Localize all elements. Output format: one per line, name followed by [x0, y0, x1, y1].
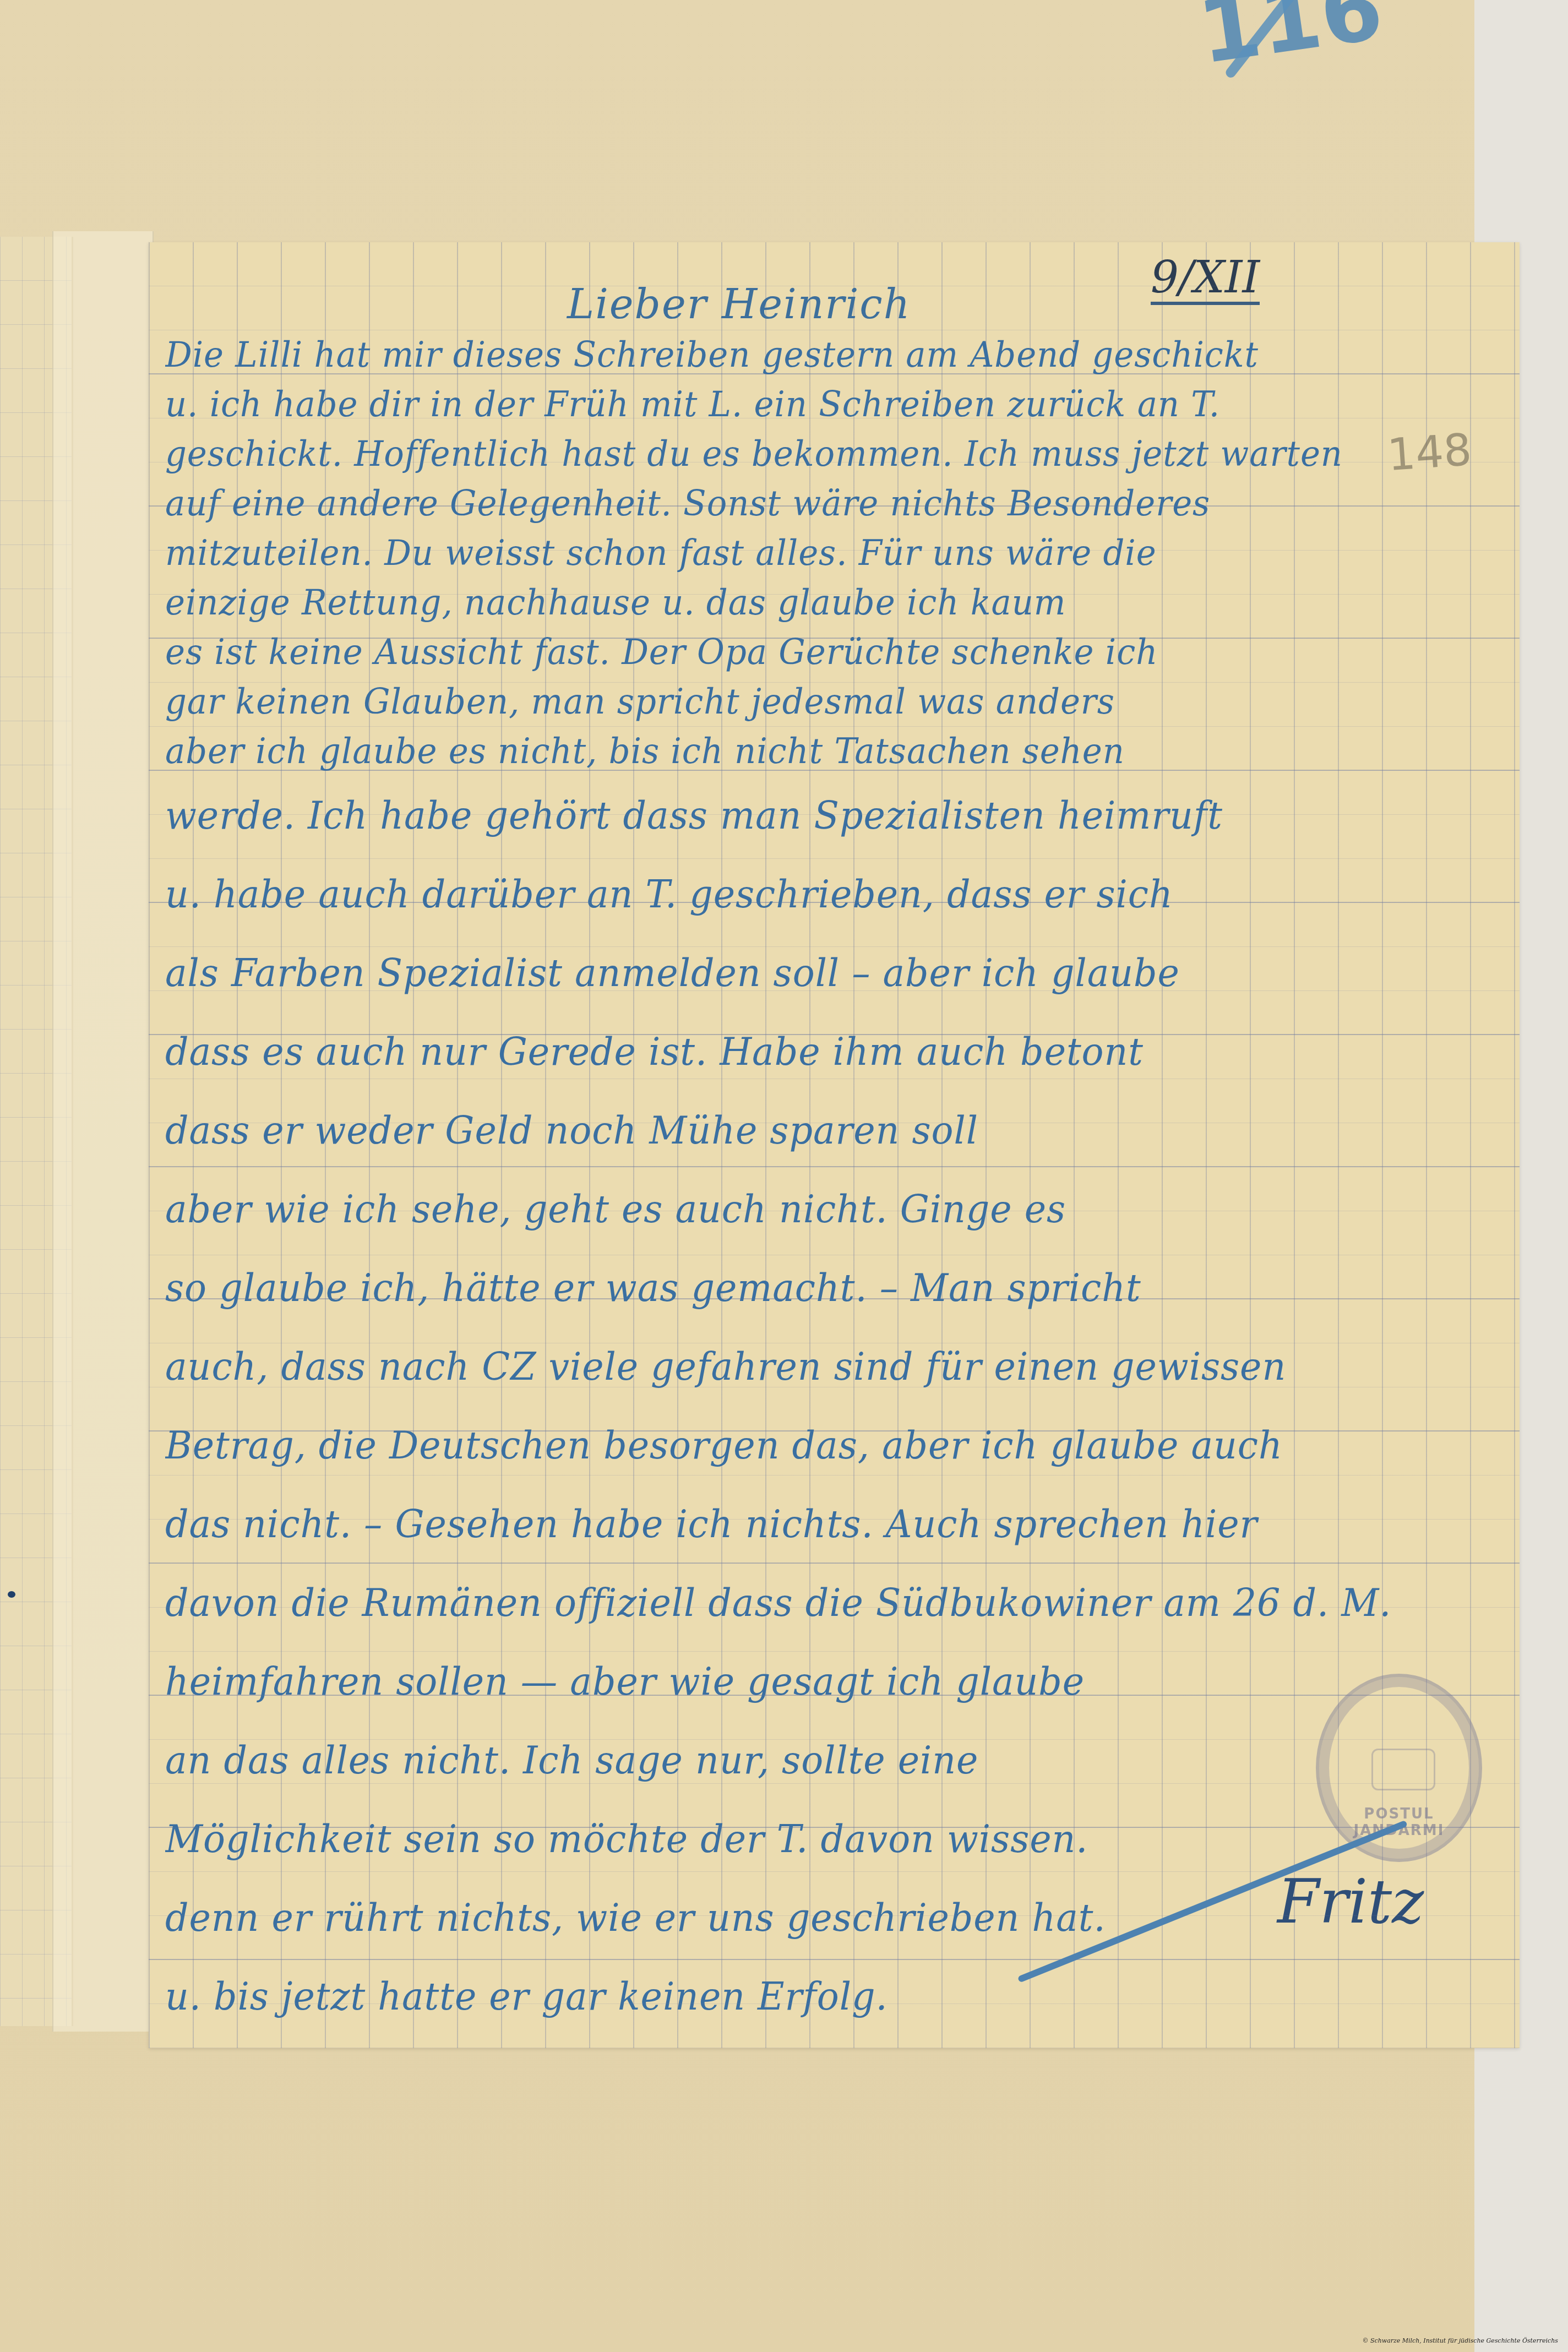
body-line: gar keinen Glauben, man spricht jedesmal… [165, 677, 1431, 727]
body-line: Die Lilli hat mir dieses Schreiben geste… [165, 330, 1431, 380]
body-line: aber ich glaube es nicht, bis ich nicht … [165, 727, 1431, 776]
binding-tape-strip [52, 231, 154, 2032]
signature: Fritz [1277, 1866, 1424, 1937]
letter-date: 9/XII [1151, 253, 1260, 305]
body-line: einzige Rettung, nachhause u. das glaube… [165, 578, 1431, 628]
copyright-notice: © Schwarze Milch, Institut für jüdische … [1362, 2337, 1558, 2344]
body-line: davon die Rumänen offiziell dass die Süd… [165, 1564, 1431, 1642]
body-line: u. habe auch darüber an T. geschrieben, … [165, 855, 1431, 934]
letter-sheet: Lieber Heinrich 9/XII 148 Die Lilli hat … [149, 242, 1520, 2048]
body-line: Möglichkeit sein so möchte der T. davon … [165, 1800, 1431, 1879]
body-line: heimfahren sollen — aber wie gesagt ich … [165, 1642, 1431, 1721]
body-line: so glaube ich, hätte er was gemacht. – M… [165, 1249, 1431, 1327]
body-line: mitzuteilen. Du weisst schon fast alles.… [165, 529, 1431, 578]
stamp-emblem-icon [1371, 1749, 1435, 1790]
letter-body: Die Lilli hat mir dieses Schreiben geste… [165, 330, 1498, 2036]
body-line: geschickt. Hoffentlich hast du es bekomm… [165, 429, 1431, 479]
body-line: an das alles nicht. Ich sage nur, sollte… [165, 1721, 1431, 1800]
gendarmerie-stamp: POSTUL JANDARMI [1316, 1674, 1482, 1862]
ink-spot [8, 1591, 15, 1598]
body-line: werde. Ich habe gehört dass man Speziali… [165, 776, 1431, 855]
body-line: als Farben Spezialist anmelden soll – ab… [165, 934, 1431, 1012]
body-line: dass er weder Geld noch Mühe sparen soll [165, 1091, 1431, 1170]
body-line: auf eine andere Gelegenheit. Sonst wäre … [165, 479, 1431, 529]
body-line: u. bis jetzt hatte er gar keinen Erfolg. [165, 1957, 1431, 2036]
letter-salutation: Lieber Heinrich [567, 281, 911, 328]
body-line: das nicht. – Gesehen habe ich nichts. Au… [165, 1485, 1431, 1564]
body-line: dass es auch nur Gerede ist. Habe ihm au… [165, 1012, 1431, 1091]
body-line: auch, dass nach CZ viele gefahren sind f… [165, 1327, 1431, 1406]
body-line: es ist keine Aussicht fast. Der Opa Gerü… [165, 628, 1431, 677]
body-line: Betrag, die Deutschen besorgen das, aber… [165, 1406, 1431, 1485]
body-line: aber wie ich sehe, geht es auch nicht. G… [165, 1170, 1431, 1249]
body-line: u. ich habe dir in der Früh mit L. ein S… [165, 380, 1431, 429]
